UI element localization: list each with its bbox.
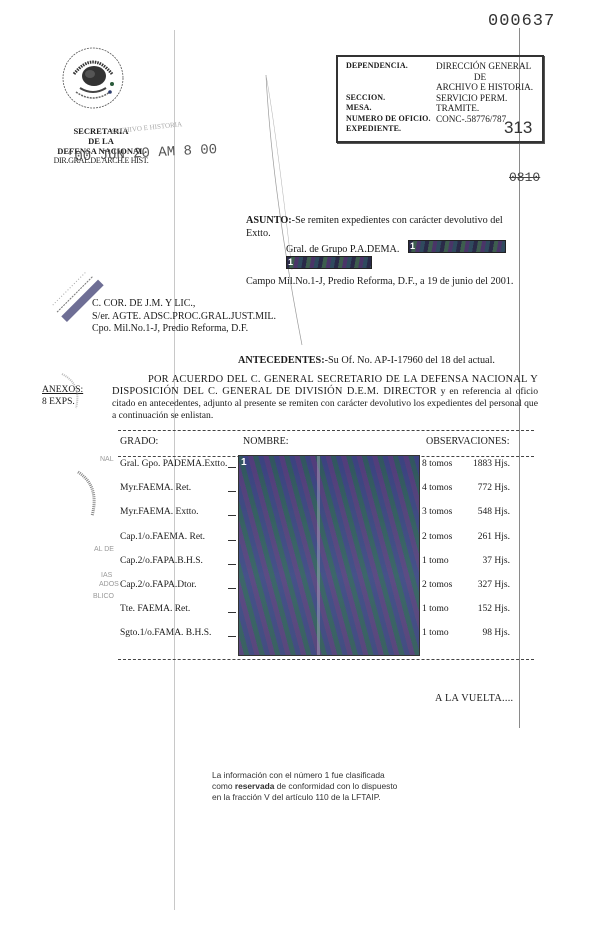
side-stamp: ADOS <box>99 581 119 588</box>
addressee-line: S/er. AGTE. ADSC.PROC.GRAL.JUST.MIL. <box>92 311 276 324</box>
info-row: ARCHIVO E HISTORIA. <box>346 82 542 93</box>
row-tick <box>228 540 236 541</box>
info-row: MESA.TRAMITE. <box>346 103 542 114</box>
asunto-text-2: Gral. de Grupo P.A.DEMA. <box>246 244 399 255</box>
antecedentes-text: -Su Of. No. AP-I-17960 del 18 del actual… <box>325 355 495 366</box>
table-row-observaciones: 8 tomos1883 Hjs. <box>422 459 510 469</box>
info-row: DE <box>346 72 542 83</box>
header-observaciones: OBSERVACIONES: <box>426 436 509 447</box>
side-stamp: AL DE <box>94 546 114 553</box>
row-tick <box>228 588 236 589</box>
info-row: SECCION.SERVICIO PERM. <box>346 93 542 104</box>
names-redaction-box: 1 <box>238 455 420 656</box>
table-row-grado: Myr.FAEMA. Extto. <box>120 507 198 517</box>
table-row-grado: Sgto.1/o.FAMA. B.H.S. <box>120 628 211 638</box>
table-row-grado: Tte. FAEMA. Ret. <box>120 604 190 614</box>
table-row-observaciones: 1 tomo98 Hjs. <box>422 628 510 638</box>
table-row-observaciones: 2 tomos327 Hjs. <box>422 580 510 590</box>
table-row-observaciones: 1 tomo37 Hjs. <box>422 556 510 566</box>
continued-label: A LA VUELTA.... <box>435 693 513 704</box>
faint-circular-stamp-icon <box>70 468 110 518</box>
asunto-label: ASUNTO: <box>246 215 292 226</box>
addressee-line: C. COR. DE J.M. Y LIC., <box>92 298 276 311</box>
faint-circular-stamp-icon <box>58 370 88 410</box>
body-paragraph: POR ACUERDO DEL C. GENERAL SECRETARIO DE… <box>112 374 538 422</box>
header-nombre: NOMBRE: <box>243 436 289 447</box>
header-grado: GRADO: <box>120 436 158 447</box>
row-tick <box>228 612 236 613</box>
table-row-observaciones: 4 tomos772 Hjs. <box>422 483 510 493</box>
row-tick <box>228 467 236 468</box>
table-row-grado: Cap.1/o.FAEMA. Ret. <box>120 532 205 542</box>
row-tick <box>228 564 236 565</box>
table-rule-top <box>118 430 534 431</box>
table-row-observaciones: 2 tomos261 Hjs. <box>422 532 510 542</box>
side-stamp: IAS <box>101 572 112 579</box>
body-caps-1: POR ACUERDO DEL C. GENERAL SECRETARIO DE… <box>148 374 538 385</box>
redaction-box: 1 <box>408 240 506 253</box>
national-seal-icon <box>60 40 126 116</box>
table-rule-bottom <box>118 659 534 660</box>
row-tick <box>228 636 236 637</box>
row-tick <box>228 515 236 516</box>
antecedentes-label: ANTECEDENTES: <box>238 355 325 366</box>
asunto: ASUNTO:-Se remiten expedientes con carác… <box>246 214 516 272</box>
side-stamp: NAL <box>100 456 114 463</box>
redaction-box: 1 <box>286 256 372 269</box>
classification-footnote: La información con el número 1 fue clasi… <box>212 770 462 803</box>
fold-line-left <box>174 30 175 910</box>
table-row-observaciones: 1 tomo152 Hjs. <box>422 604 510 614</box>
secretaria-line-2: DE LA <box>46 136 156 146</box>
addressee-line: Cpo. Mil.No.1-J, Predio Reforma, D.F. <box>92 323 276 336</box>
table-row-grado: Myr.FAEMA. Ret. <box>120 483 191 493</box>
row-tick <box>228 491 236 492</box>
table-row-grado: Cap.2/o.FAPA.Dtor. <box>120 580 197 590</box>
addressee: C. COR. DE J.M. Y LIC., S/er. AGTE. ADSC… <box>92 298 276 336</box>
expediente-number: 313 <box>504 118 532 138</box>
page-number: 000637 <box>488 12 555 31</box>
table-row-observaciones: 3 tomos548 Hjs. <box>422 507 510 517</box>
struck-number: 0810 <box>509 170 540 185</box>
info-row: DEPENDENCIA.DIRECCIÓN GENERAL <box>346 61 542 72</box>
table-row-grado: Gral. Gpo. PADEMA.Extto. <box>120 459 227 469</box>
place-date: Campo Mil.No.1-J, Predio Reforma, D.F., … <box>246 276 513 287</box>
table-row-grado: Cap.2/o.FAPA.B.H.S. <box>120 556 203 566</box>
body-caps-2: DISPOSICIÓN DEL C. GENERAL DE DIVISIÓN D… <box>112 386 437 397</box>
antecedentes: ANTECEDENTES:-Su Of. No. AP-I-17960 del … <box>238 355 495 366</box>
side-stamp: BLICO <box>93 593 114 600</box>
